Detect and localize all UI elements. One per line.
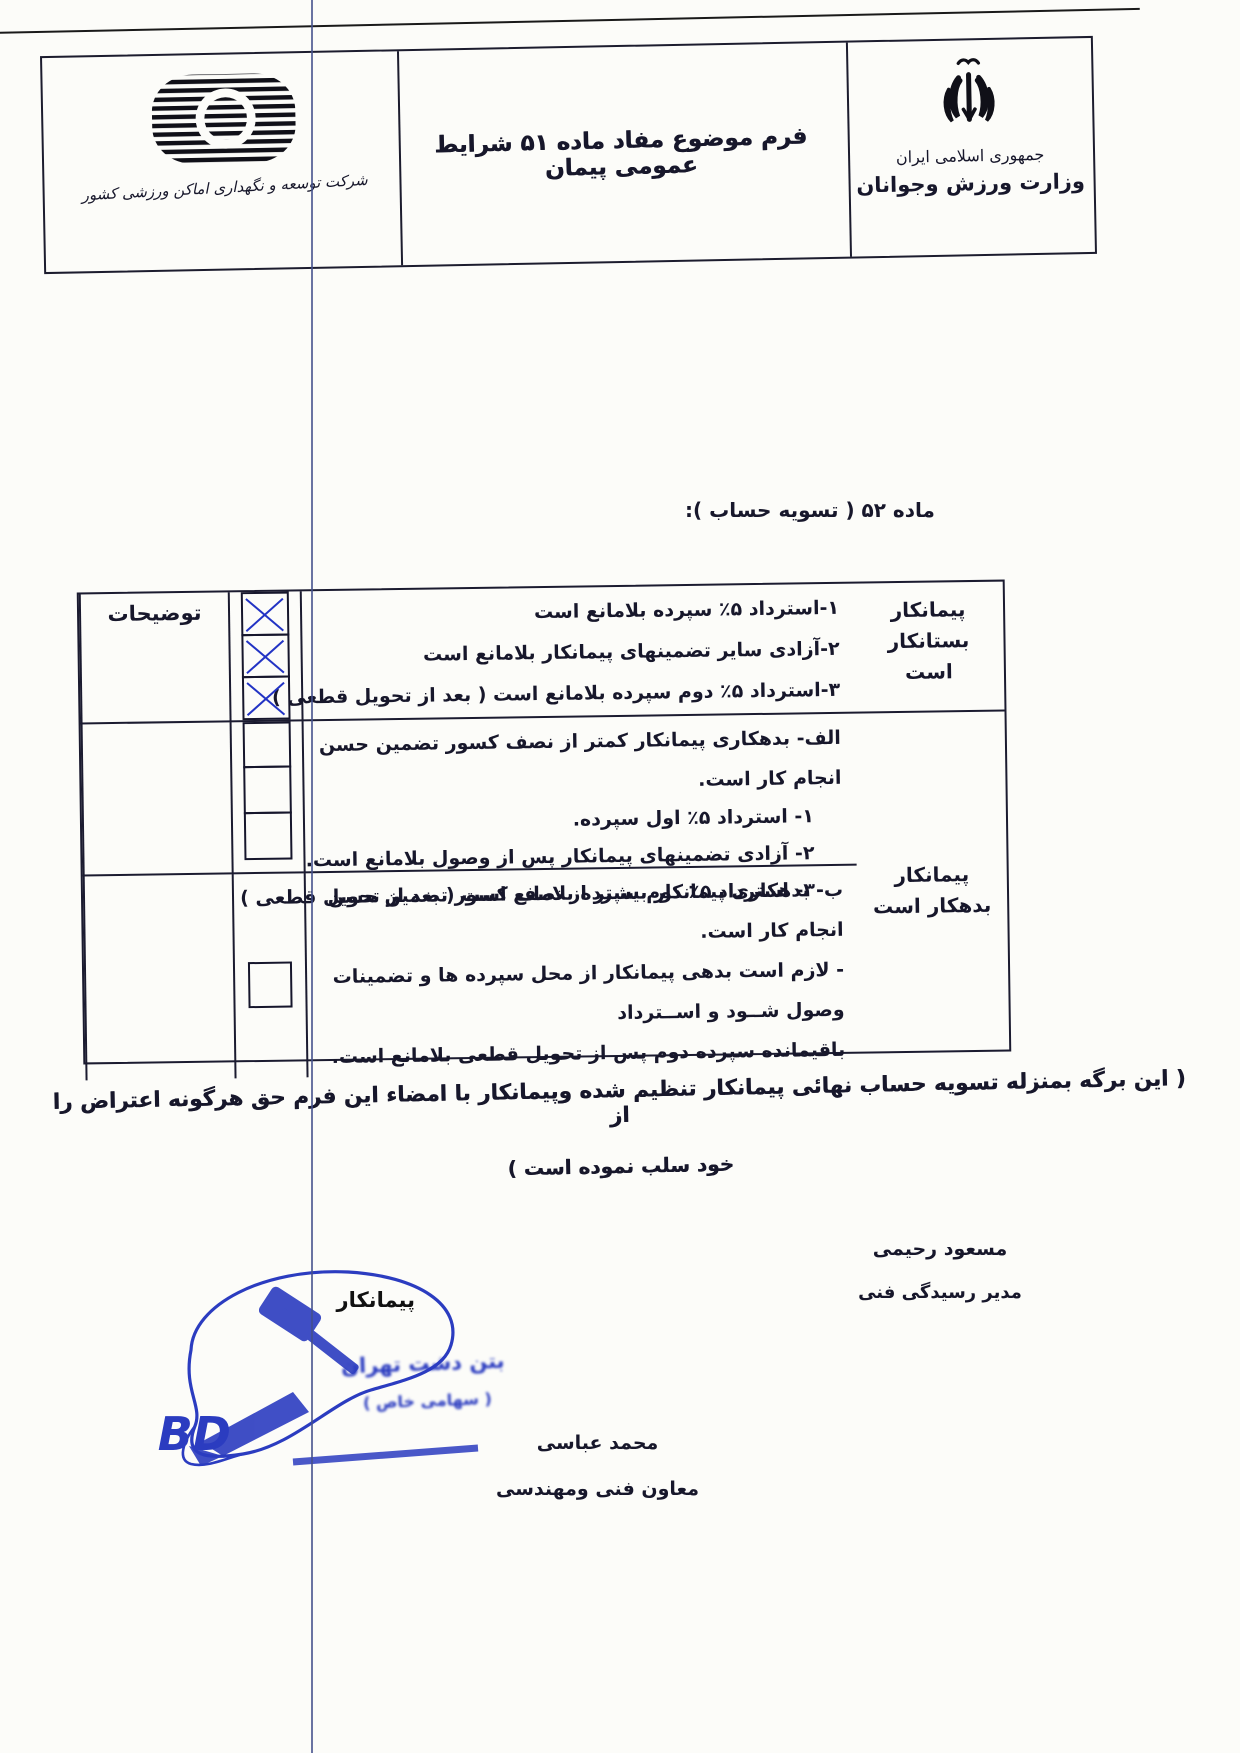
settlement-table: پیمانکار بستانکار است ۱-استرداد ۵٪ سپرده… bbox=[77, 580, 1011, 1065]
creditor-checkboxes bbox=[228, 591, 302, 722]
contractor-stamp: BD بتن دشت تهران ( سهامی خاص ) پیمانکار bbox=[143, 1250, 503, 1490]
header-box: جمهوری اسلامی ایران وزارت ورزش وجوانان ف… bbox=[40, 36, 1097, 274]
company-logo bbox=[145, 67, 302, 170]
scan-edge-artifact bbox=[0, 8, 1140, 34]
page-fold-line bbox=[311, 0, 313, 1753]
company-name: شرکت توسعه و نگهداری اماکن ورزشی کشور bbox=[74, 171, 375, 205]
debtor-case-b: ب- بدهکاری پیمانکار بیشتر از نصف کسور تض… bbox=[304, 866, 860, 1078]
condition-line: ب- بدهکاری پیمانکار بیشتر از نصف کسور تض… bbox=[312, 870, 844, 957]
notes-column-header: توضیحات bbox=[79, 592, 230, 724]
notes-cell bbox=[83, 874, 235, 1080]
debtor-case-a-checkboxes bbox=[230, 721, 304, 874]
iran-emblem-icon bbox=[932, 50, 1006, 143]
checkbox[interactable] bbox=[243, 766, 292, 815]
checkbox[interactable] bbox=[244, 812, 293, 861]
stamp-letters: BD bbox=[158, 1407, 231, 1461]
notes-cell bbox=[81, 722, 232, 876]
form-title-cell: فرم موضوع مفاد ماده ۵۱ شرایط عمومی پیمان bbox=[399, 43, 843, 265]
header-divider bbox=[846, 43, 852, 257]
debtor-case-b-checkboxes bbox=[232, 873, 307, 1078]
article-heading: ماده ۵۲ ( تسویه حساب ): bbox=[685, 498, 1015, 522]
form-title: فرم موضوع مفاد ماده ۵۱ شرایط عمومی پیمان bbox=[400, 123, 841, 186]
checkbox[interactable] bbox=[243, 722, 292, 769]
row-label-creditor: پیمانکار بستانکار است bbox=[853, 582, 1005, 714]
government-header: جمهوری اسلامی ایران وزارت ورزش وجوانان bbox=[853, 48, 1086, 197]
company-header: شرکت توسعه و نگهداری اماکن ورزشی کشور bbox=[72, 66, 374, 200]
creditor-conditions: ۱-استرداد ۵٪ سپرده بلامانع است ۲-آزادی س… bbox=[300, 584, 855, 722]
contractor-label: پیمانکار bbox=[337, 1288, 416, 1312]
reviewer-name: مسعود رحیمی bbox=[805, 1238, 1075, 1260]
signature-reviewer: مسعود رحیمی مدیر رسیدگی فنی bbox=[805, 1238, 1075, 1303]
row-label-debtor: پیمانکار بدهکار است bbox=[855, 712, 1010, 1070]
checkbox[interactable] bbox=[242, 676, 291, 721]
closing-note-line2: خود سلب نموده است ) bbox=[46, 1142, 1196, 1190]
scanned-form-page: جمهوری اسلامی ایران وزارت ورزش وجوانان ف… bbox=[0, 0, 1240, 1753]
checkbox[interactable] bbox=[241, 592, 290, 637]
checkbox[interactable] bbox=[241, 634, 290, 679]
condition-line: - لازم است بدهی پیمانکار از محل سپرده ها… bbox=[313, 950, 845, 1037]
condition-line: الف- بدهکاری پیمانکار کمتر از نصف کسور ت… bbox=[310, 718, 842, 805]
government-name: جمهوری اسلامی ایران bbox=[855, 144, 1085, 167]
closing-note: ( این برگه بمنزله تسویه حساب نهائی پیمان… bbox=[44, 1066, 1196, 1190]
ministry-name: وزارت ورزش وجوانان bbox=[855, 169, 1085, 197]
reviewer-title: مدیر رسیدگی فنی bbox=[805, 1282, 1075, 1303]
debtor-case-a: الف- بدهکاری پیمانکار کمتر از نصف کسور ت… bbox=[302, 714, 857, 874]
checkbox[interactable] bbox=[248, 962, 293, 1009]
condition-line: باقیمانده سپرده دوم پس از تحویل قطعی بلا… bbox=[314, 1030, 846, 1077]
condition-line: ۳-استرداد ۵٪ دوم سپرده بلامانع است ( بعد… bbox=[309, 670, 841, 718]
